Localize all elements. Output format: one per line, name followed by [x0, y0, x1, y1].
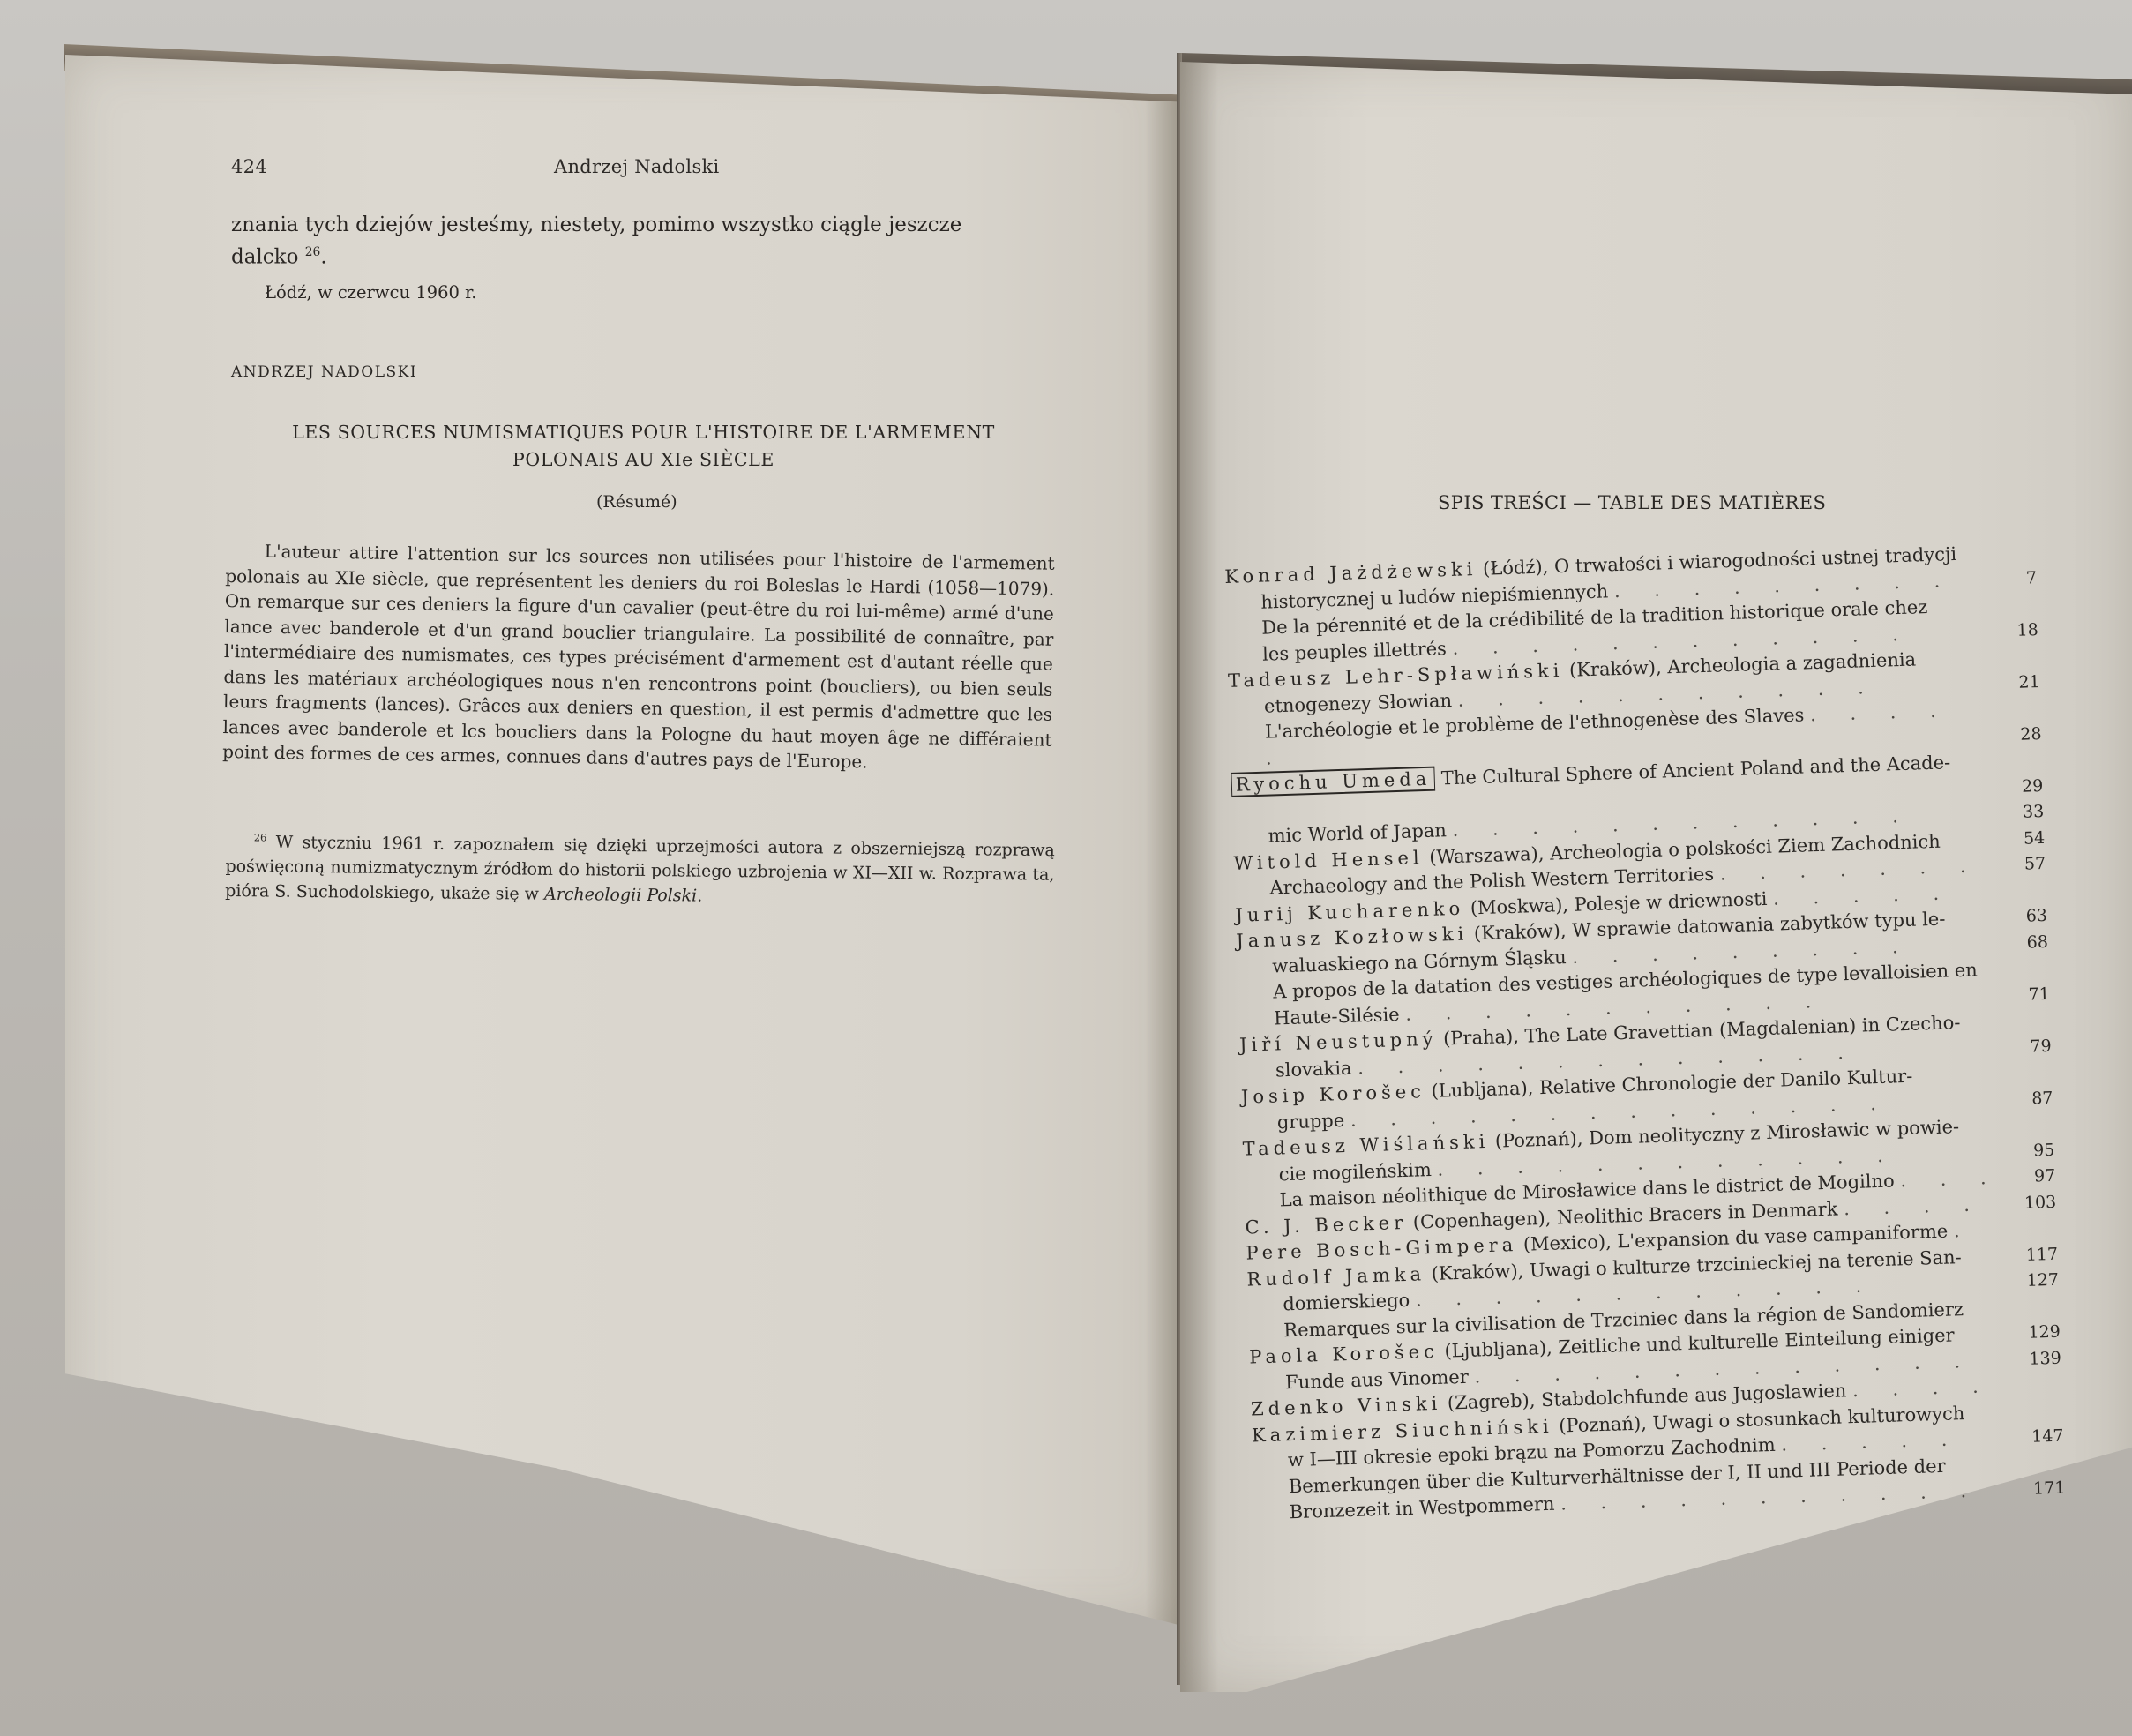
toc-author: Tadeusz Wiślański [1242, 1131, 1489, 1160]
toc-page-number: 7 [1984, 565, 2038, 593]
toc-page-number: 2933 [1990, 773, 2045, 827]
toc-page-number: 21 [1986, 670, 2040, 697]
toc-page-number-b: 68 [1994, 929, 2048, 956]
footnote-ref: 26 [305, 245, 321, 259]
summary-text: L'auteur attire l'attention sur lcs sour… [222, 538, 1055, 777]
toc-page-number: 171 [2012, 1476, 2066, 1503]
toc-title-cont: Haute-Silésie [1274, 1004, 1400, 1029]
toc-author: Rudolf Jamka [1246, 1263, 1425, 1290]
toc-page-number-a: 29 [1990, 773, 2044, 800]
page-number: 424 [231, 156, 267, 177]
toc-title-cont: slovakia [1275, 1057, 1352, 1081]
toc-page-number-a: 129 [2007, 1320, 2061, 1347]
continuation-line-1: znania tych dziejów jesteśmy, niestety, … [231, 212, 961, 239]
toc-author: Janusz Kozłowski [1236, 924, 1469, 952]
toc-page-number: 28 [1988, 722, 2042, 749]
footnote: 26 W styczniu 1961 r. zapoznałem się dzi… [225, 825, 1055, 912]
toc-page-number: 97 [2002, 1164, 2056, 1191]
continuation-word: dalcko [231, 246, 298, 269]
footnote-number: 26 [254, 831, 267, 843]
toc-heading: SPIS TREŚCI — TABLE DES MATIÈRES [1438, 492, 1826, 513]
continuation-line-2: dalcko 26. [231, 239, 327, 272]
toc-title-cont: gruppe [1277, 1110, 1345, 1133]
toc-page-number: 95 [2001, 1137, 2055, 1164]
toc-author-boxed: Ryochu Umeda [1231, 767, 1435, 797]
toc-page-number-a: 63 [1994, 903, 2048, 931]
toc-title-cont: mic World of Japan [1268, 819, 1447, 846]
summary-title: LES SOURCES NUMISMATIQUES POUR L'HISTOIR… [231, 419, 1056, 474]
toc-title-cont: domierskiego [1283, 1290, 1410, 1315]
summary-paragraph: L'auteur attire l'attention sur lcs sour… [222, 538, 1055, 777]
toc-page-number: 57 [1993, 851, 2046, 879]
summary-author: ANDRZEJ NADOLSKI [231, 363, 417, 381]
toc-page-number: 147 [2010, 1424, 2064, 1451]
toc-page-number: 54 [1992, 825, 2046, 852]
toc-author: Jiří Neustupný [1239, 1029, 1438, 1056]
toc-author: Josip Korošec [1241, 1081, 1426, 1108]
toc-title-cont: Bronzezeit in Westpommern [1289, 1493, 1554, 1523]
toc-page-number-b: 33 [1991, 799, 2045, 827]
toc-page-number: 71 [1996, 981, 2050, 1008]
toc-page-number-b: 127 [2006, 1268, 2060, 1295]
toc-title-cont: etnogenezy Słowian [1264, 689, 1453, 716]
table-of-contents: Konrad Jażdżewski (Łódź), O trwałości i … [1224, 539, 2066, 1527]
toc-page-number: 87 [2000, 1085, 2053, 1112]
toc-author: Jurij Kucharenko [1235, 897, 1464, 925]
toc-title-cont: cie mogileńskim [1278, 1158, 1432, 1184]
summary-label: (Résumé) [596, 492, 677, 512]
toc-author: Konrad Jażdżewski [1224, 558, 1477, 587]
running-head: Andrzej Nadolski [554, 156, 720, 177]
toc-author: Zdenko Vinski [1251, 1393, 1442, 1420]
toc-page-number: 79 [1998, 1033, 2052, 1060]
place-date: Łódź, w czerwcu 1960 r. [265, 281, 476, 305]
toc-title-cont: Funde aus Vinomer [1285, 1366, 1469, 1393]
toc-author: Paola Korošec [1249, 1341, 1439, 1368]
toc-title-cont: les peuples illettrés [1262, 638, 1447, 665]
toc-author: Witold Hensel [1233, 847, 1424, 874]
toc-page-number-b: 139 [2008, 1345, 2061, 1373]
toc-page-number: 18 [1985, 617, 2038, 645]
summary-title-line-2: POLONAIS AU XIe SIÈCLE [231, 446, 1056, 474]
toc-page-number: 117127 [2005, 1241, 2060, 1295]
toc-page-number: 103 [2003, 1189, 2057, 1216]
toc-page-number: 6368 [1994, 903, 2049, 957]
summary-title-line-1: LES SOURCES NUMISMATIQUES POUR L'HISTOIR… [231, 419, 1056, 446]
continuation-end: . [320, 246, 326, 269]
toc-author: C. J. Becker [1245, 1211, 1407, 1238]
toc-page-number-a: 117 [2005, 1241, 2059, 1268]
footnote-italic: Archeologii Polski. [544, 885, 702, 906]
toc-page-number: 129139 [2007, 1320, 2061, 1373]
